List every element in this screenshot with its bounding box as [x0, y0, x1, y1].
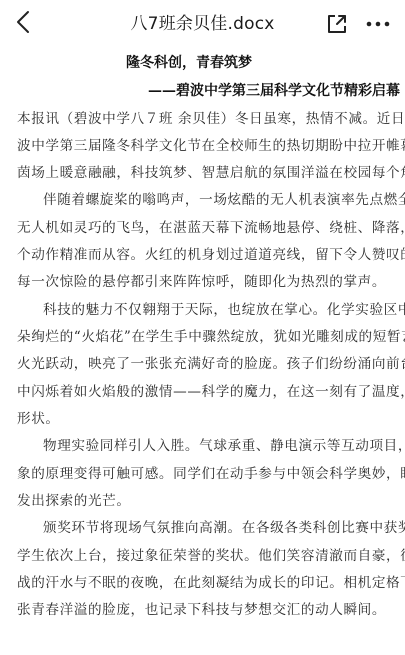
- article-title: 隆冬科创，青春筑梦: [126, 52, 252, 72]
- text-line: 无人机如灵巧的飞鸟，在湛蓝天幕下流畅地悬停、绕桩、降落，每一: [17, 216, 405, 236]
- text-line: 个动作精准而从容。火红的机身划过道道亮线，留下令人赞叹的弧迹，: [17, 243, 405, 263]
- text-line: 物理实验同样引人入胜。气球承重、静电演示等互动项目，让抽: [43, 434, 405, 454]
- text-line: 科技的魅力不仅翱翔于天际，也绽放在掌心。化学实验区中，一: [43, 298, 405, 318]
- share-icon: [326, 13, 348, 35]
- text-line: 波中学第三届隆冬科学文化节在全校师生的热切期盼中拉开帷幕。绿: [17, 134, 405, 154]
- text-line: 本报讯（碧波中学八７班 余贝佳）冬日虽寒，热情不减。近日，碧: [17, 107, 405, 127]
- article-subtitle: ——碧波中学第三届科学文化节精彩启幕: [148, 80, 400, 100]
- text-line: 火光跃动，映亮了一张张充满好奇的脸庞。孩子们纷纷涌向前台，眼: [17, 352, 405, 372]
- text-line: 形状。: [17, 407, 60, 427]
- back-button[interactable]: [12, 8, 36, 36]
- text-line: 颁奖环节将现场气氛推向高潮。在各级各类科创比赛中获奖的: [43, 516, 405, 536]
- more-button[interactable]: [364, 14, 392, 34]
- text-line: 中闪烁着如火焰般的激情——科学的魔力，在这一刻有了温度，有了: [17, 380, 405, 400]
- document-title: 八7班余贝佳.docx: [80, 9, 325, 34]
- share-button[interactable]: [326, 13, 348, 35]
- text-line: 每一次惊险的悬停都引来阵阵惊呼，随即化为热烈的掌声。: [17, 270, 386, 290]
- nav-bar: 八7班余贝佳.docx: [0, 0, 405, 44]
- text-line: 战的汗水与不眠的夜晚，在此刻凝结为成长的印记。相机定格下一张: [17, 571, 405, 591]
- text-line: 朵绚烂的“火焰花”在学生手中骤然绽放，犹如光雕刻成的短暂艺术。: [17, 325, 405, 345]
- more-icon: [364, 14, 392, 34]
- text-line: 发出探索的光芒。: [17, 489, 131, 509]
- text-line: 茵场上暖意融融，科技筑梦、智慧启航的氛围洋溢在校园每个角落。: [17, 161, 405, 181]
- text-line: 伴随着螺旋桨的嗡鸣声，一场炫酷的无人机表演率先点燃全场。: [43, 188, 405, 208]
- chevron-left-icon: [12, 8, 36, 36]
- text-line: 张青春洋溢的脸庞，也记录下科技与梦想交汇的动人瞬间。: [17, 598, 386, 618]
- text-line: 象的原理变得可触可感。同学们在动手参与中领会科学奥妙，眼中迸: [17, 462, 405, 482]
- text-line: 学生依次上台，接过象征荣誉的奖状。他们笑容清澈而自豪，往日奋: [17, 544, 405, 564]
